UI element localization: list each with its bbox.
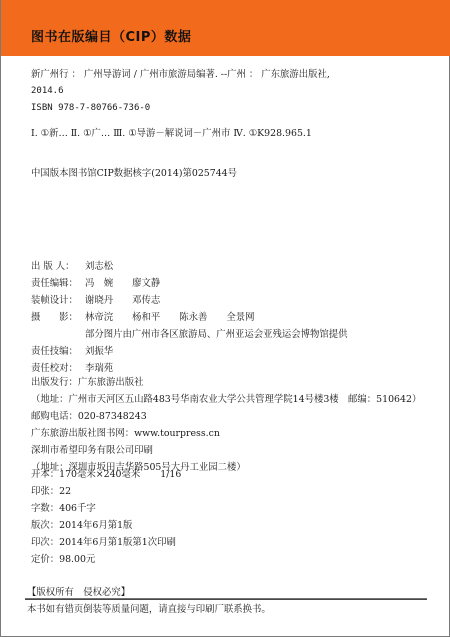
mail-order-phone: 邮购电话：020-87348243 (31, 408, 421, 425)
credit-value: 部分图片由广州市各区旅游局、广州亚运会亚残运会博物馆提供 (85, 326, 348, 343)
spec-format: 开本：170毫米×240毫米1/16 (31, 466, 181, 483)
credit-value: 陈永善 (179, 312, 207, 323)
copyright-page: 图书在版编目（CIP）数据 新广州行 ： 广州导游词 / 广州市旅游局编著. -… (0, 0, 450, 637)
credit-label: 责任技编： (31, 343, 85, 360)
credit-value: 刘振华 (85, 346, 113, 357)
credit-row-photo-source: 部分图片由广州市各区旅游局、广州亚运会亚残运会博物馆提供 (31, 326, 348, 343)
publisher-info: 出版发行：广东旅游出版社 （地址：广州市天河区五山路483号华南农业大学公共管理… (31, 374, 421, 476)
spec-sheets: 印张：22 (31, 483, 181, 500)
credit-row-editors: 责任编辑： 冯 婉 廖文静 (31, 275, 348, 292)
spec-format-size: 开本：170毫米×240毫米 (31, 469, 140, 480)
cip-approval-number: 中国版本图书馆CIP数据核字(2014)第025744号 (31, 165, 237, 182)
credit-row-tech-editor: 责任技编： 刘振华 (31, 343, 348, 360)
spec-words: 字数：406千字 (31, 500, 181, 517)
credit-value: 林帝浣 (85, 312, 113, 323)
publisher-address: （地址：广州市天河区五山路483号华南农业大学公共管理学院14号楼3楼 邮编：5… (31, 391, 421, 408)
credit-value: 全景网 (226, 312, 254, 323)
page-title: 图书在版编目（CIP）数据 (31, 26, 191, 45)
credit-row-designers: 装帧设计： 谢晓丹 邓传志 (31, 292, 348, 309)
credit-value: 邓传志 (132, 295, 160, 306)
cip-record: 新广州行 ： 广州导游词 / 广州市旅游局编著. --广州 ： 广东旅游出版社,… (31, 66, 330, 117)
credit-value: 廖文静 (132, 278, 160, 289)
credit-row-photography: 摄 影： 林帝浣 杨和平 陈永善 全景网 (31, 309, 348, 326)
divider (25, 598, 427, 600)
credit-value: 李瑞苑 (85, 363, 113, 374)
credits: 出 版 人： 刘志松 责任编辑： 冯 婉 廖文静 装帧设计： 谢晓丹 邓传志 摄… (31, 258, 348, 377)
publisher-website: 广东旅游出版社图书网：www.tourpress.cn (31, 425, 421, 442)
credit-value: 刘志松 (85, 261, 113, 272)
credit-label: 责任编辑： (31, 275, 85, 292)
publisher-line: 出版发行：广东旅游出版社 (31, 374, 421, 391)
cip-date: 2014.6 (31, 83, 330, 100)
credit-label: 出 版 人： (31, 258, 85, 275)
printer: 深圳市希望印务有限公司印刷 (31, 442, 421, 459)
credit-value: 冯 婉 (85, 278, 113, 289)
spec-price: 定价：98.00元 (31, 551, 181, 568)
credit-label: 摄 影： (31, 309, 85, 326)
credit-row-publisher: 出 版 人： 刘志松 (31, 258, 348, 275)
credit-value: 杨和平 (132, 312, 160, 323)
header-band: 图书在版编目（CIP）数据 (1, 0, 450, 56)
spec-format-fraction: 1/16 (160, 469, 181, 480)
credit-label: 装帧设计： (31, 292, 85, 309)
copyright-notice: 【版权所有 侵权必究】 (27, 584, 130, 598)
quality-notice: 本书如有错页倒装等质量问题，请直接与印刷厂联系换书。 (27, 601, 271, 615)
isbn: ISBN 978-7-80766-736-0 (31, 100, 330, 117)
spec-edition: 版次：2014年6月第1版 (31, 517, 181, 534)
spec-printing: 印次：2014年6月第1版第1次印刷 (31, 534, 181, 551)
cip-title-line: 新广州行 ： 广州导游词 / 广州市旅游局编著. --广州 ： 广东旅游出版社, (31, 66, 330, 83)
book-specs: 开本：170毫米×240毫米1/16 印张：22 字数：406千字 版次：201… (31, 466, 181, 568)
credit-value: 谢晓丹 (85, 295, 113, 306)
classification: Ⅰ. ①新… Ⅱ. ①广… Ⅲ. ①导游－解说词－广州市 Ⅳ. ①K928.96… (31, 125, 312, 142)
